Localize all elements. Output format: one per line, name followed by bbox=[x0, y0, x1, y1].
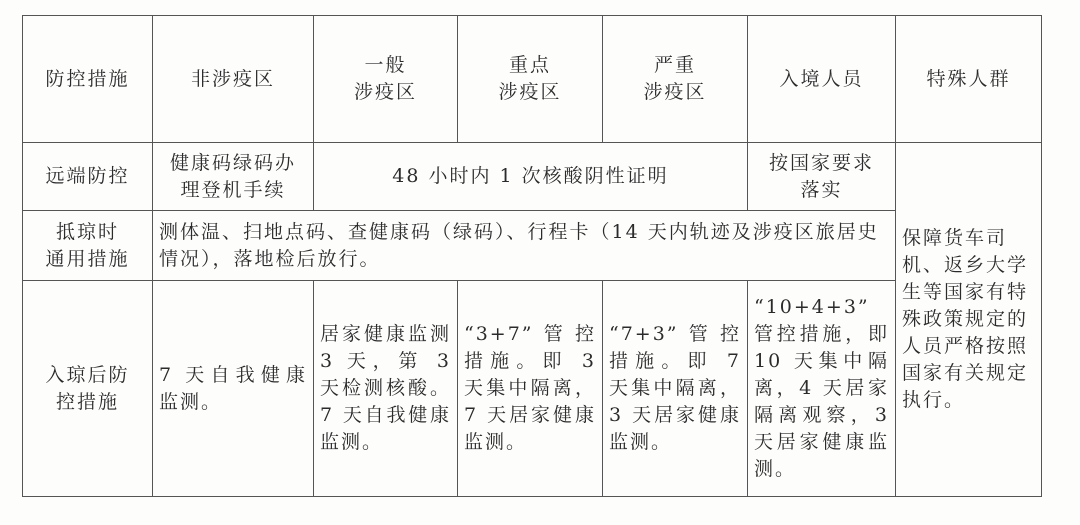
row-label: 入琼后防控措施 bbox=[23, 281, 153, 497]
cell-text: 落实 bbox=[800, 179, 842, 201]
table-row-post-arrival: 入琼后防控措施 7 天自我健康监测。 居家健康监测 3 天，第 3 天检测核酸。… bbox=[23, 281, 1042, 497]
header-text: 重点 bbox=[509, 54, 551, 76]
row-label-text: 抵琼时 bbox=[56, 221, 119, 243]
table-row-arrival: 抵琼时通用措施 测体温、扫地点码、查健康码（绿码）、行程卡（14 天内轨迹及涉疫… bbox=[23, 211, 1042, 281]
cell-general: 居家健康监测 3 天，第 3 天检测核酸。7 天自我健康监测。 bbox=[314, 281, 458, 497]
table-row-remote: 远端防控 健康码绿码办理登机手续 48 小时内 1 次核酸阴性证明 按国家要求落… bbox=[23, 143, 1042, 211]
header-severe-epidemic: 严重涉疫区 bbox=[603, 16, 748, 143]
cell-epidemic-merged: 48 小时内 1 次核酸阴性证明 bbox=[314, 143, 748, 211]
cell-text: 7 天自我健康监测。 bbox=[159, 364, 307, 413]
row-label-text: 入琼后防 bbox=[45, 364, 129, 386]
cell-text: “10+4+3” 管控措施，即 10 天集中隔离，4 天居家隔离观察，3 天居家… bbox=[754, 296, 889, 480]
header-text: 涉疫区 bbox=[643, 81, 706, 103]
header-text: 涉疫区 bbox=[498, 81, 561, 103]
cell-text: 理登机手续 bbox=[180, 179, 285, 201]
cell-text: 保障货车司机、返乡大学生等国家有特殊政策规定的人员严格按照国家有关规定执行。 bbox=[902, 227, 1028, 411]
header-text: 非涉疫区 bbox=[191, 68, 275, 90]
cell-special-groups: 保障货车司机、返乡大学生等国家有特殊政策规定的人员严格按照国家有关规定执行。 bbox=[896, 143, 1042, 497]
header-text: 涉疫区 bbox=[354, 81, 417, 103]
cell-arrival-merged: 测体温、扫地点码、查健康码（绿码）、行程卡（14 天内轨迹及涉疫区旅居史情况），… bbox=[153, 211, 896, 281]
header-text: 严重 bbox=[654, 54, 696, 76]
cell-non-epidemic: 健康码绿码办理登机手续 bbox=[153, 143, 314, 211]
cell-key: “3+7”管控措施。即 3 天集中隔离，7 天居家健康监测。 bbox=[458, 281, 603, 497]
cell-text: “7+3”管控措施。即 7 天集中隔离，3 天居家健康监测。 bbox=[609, 323, 741, 453]
row-label-text: 远端防控 bbox=[45, 165, 129, 187]
header-inbound: 入境人员 bbox=[748, 16, 896, 143]
cell-text: 48 小时内 1 次核酸阴性证明 bbox=[392, 165, 668, 187]
row-label-text: 控措施 bbox=[56, 391, 119, 413]
header-text: 特殊人群 bbox=[926, 68, 1010, 90]
cell-text: 测体温、扫地点码、查健康码（绿码）、行程卡（14 天内轨迹及涉疫区旅居史情况），… bbox=[159, 221, 879, 270]
header-text: 入境人员 bbox=[779, 68, 863, 90]
header-text: 防控措施 bbox=[45, 68, 129, 90]
cell-non-epidemic: 7 天自我健康监测。 bbox=[153, 281, 314, 497]
cell-text: 健康码绿码办 bbox=[170, 152, 296, 174]
cell-inbound: 按国家要求落实 bbox=[748, 143, 896, 211]
row-label-text: 通用措施 bbox=[45, 248, 129, 270]
row-label: 抵琼时通用措施 bbox=[23, 211, 153, 281]
cell-text: 居家健康监测 3 天，第 3 天检测核酸。7 天自我健康监测。 bbox=[320, 323, 451, 453]
header-row: 防控措施 非涉疫区 一般涉疫区 重点涉疫区 严重涉疫区 入境人员 特殊人群 bbox=[23, 16, 1042, 143]
header-general-epidemic: 一般涉疫区 bbox=[314, 16, 458, 143]
header-measures: 防控措施 bbox=[23, 16, 153, 143]
cell-text: 按国家要求 bbox=[769, 152, 874, 174]
header-non-epidemic: 非涉疫区 bbox=[153, 16, 314, 143]
epidemic-control-table: 防控措施 非涉疫区 一般涉疫区 重点涉疫区 严重涉疫区 入境人员 特殊人群 远端… bbox=[22, 15, 1042, 497]
header-text: 一般 bbox=[364, 54, 406, 76]
header-key-epidemic: 重点涉疫区 bbox=[458, 16, 603, 143]
cell-text: “3+7”管控措施。即 3 天集中隔离，7 天居家健康监测。 bbox=[464, 323, 596, 453]
cell-severe: “7+3”管控措施。即 7 天集中隔离，3 天居家健康监测。 bbox=[603, 281, 748, 497]
row-label: 远端防控 bbox=[23, 143, 153, 211]
header-special-groups: 特殊人群 bbox=[896, 16, 1042, 143]
cell-inbound: “10+4+3” 管控措施，即 10 天集中隔离，4 天居家隔离观察，3 天居家… bbox=[748, 281, 896, 497]
